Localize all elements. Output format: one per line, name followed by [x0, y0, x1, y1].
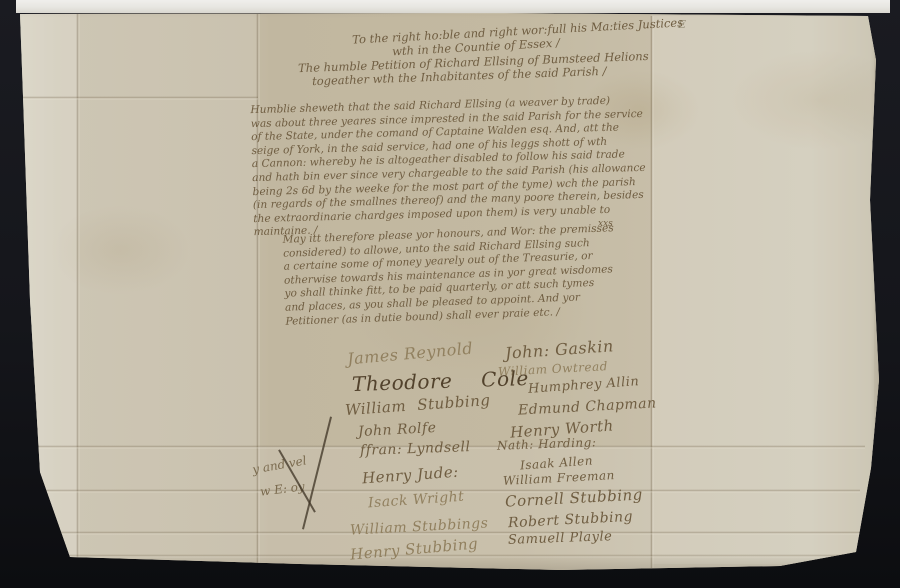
signature: Henry Jude:	[361, 463, 459, 488]
fold-crease-vertical-3	[650, 16, 654, 568]
signature: Samuell Playle	[508, 529, 613, 548]
signature: Henry Stubbing	[349, 534, 478, 563]
fold-crease-horizontal-5	[60, 554, 855, 558]
petition-body-paragraph-1: Humblie sheweth that the said Richard El…	[250, 94, 647, 240]
petition-paper: E To the right ho:ble and right wor:full…	[0, 0, 900, 588]
scan-edge-strip	[16, 0, 890, 13]
signature: ffran: Lyndsell	[360, 439, 471, 459]
photo-background: E To the right ho:ble and right wor:full…	[0, 0, 900, 588]
fold-crease-horizontal-1	[22, 96, 258, 100]
signature: Robert Stubbing	[508, 509, 634, 532]
signature: Nath: Harding:	[497, 435, 597, 452]
petition-body-paragraph-2: May itt therefore please yor honours, an…	[282, 222, 616, 329]
paper-right-fold-panel	[652, 16, 874, 564]
